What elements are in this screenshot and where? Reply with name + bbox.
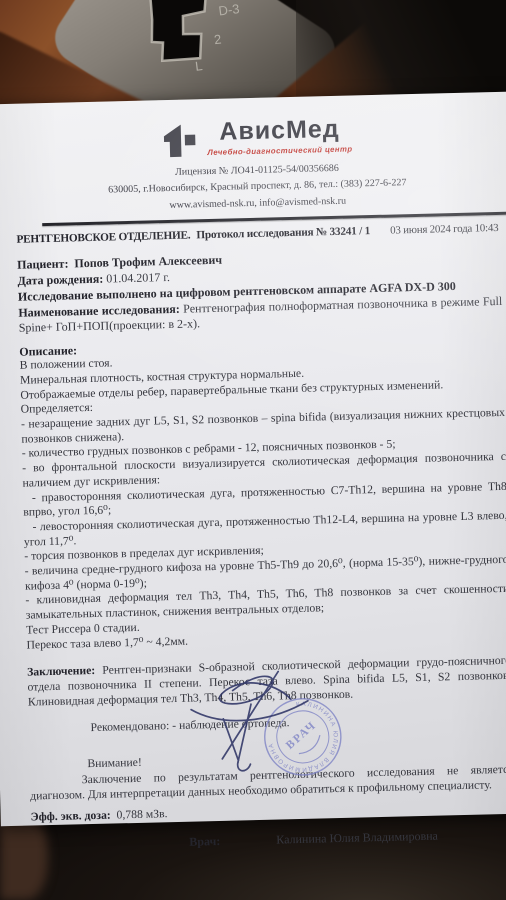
birth-date-label: Дата рождения: <box>17 271 103 287</box>
gear-label-2: 2 <box>213 32 222 48</box>
gear-label-l: L <box>194 58 203 74</box>
dose-value: 0,788 мЗв. <box>116 807 167 821</box>
protocol-number: Протокол исследования № 33241 / 1 <box>196 224 370 243</box>
dose-label: Эфф. экв. доза: <box>31 809 111 824</box>
birth-date-value: 01.04.2017 г. <box>106 270 170 286</box>
clinic-logo: АвисМед Лечебно-диагностический центр <box>14 112 499 166</box>
xray-report-document: АвисМед Лечебно-диагностический центр Ли… <box>0 92 506 827</box>
gear-gate-slot <box>146 0 214 64</box>
department-title: РЕНТГЕНОВСКОЕ ОТДЕЛЕНИЕ. <box>16 228 190 247</box>
patient-label: Пациент: <box>17 256 69 271</box>
signature-and-stamp: КАЛИНИНА ЮЛИЯ ВЛАДИМИРОВНА ВРАЧ <box>162 655 458 897</box>
patient-name: Попов Трофим Алексеевич <box>74 252 222 270</box>
clinic-header: АвисМед Лечебно-диагностический центр Ли… <box>14 112 500 218</box>
gear-label-d3: D-3 <box>218 1 241 18</box>
photo-scene: D-3 2 L АвисМед Лечебно-диагностический … <box>0 0 506 900</box>
conclusion-label: Заключение: <box>27 664 95 679</box>
medical-cross-logo-icon <box>160 122 199 159</box>
clinic-tagline: Лечебно-диагностический центр <box>207 143 352 161</box>
gear-shift-gate: D-3 2 L <box>125 0 285 107</box>
protocol-datetime: 03 июня 2024 года 10:43 <box>390 221 501 238</box>
clinic-name: АвисМед <box>219 116 340 145</box>
patient-block: Пациент: Попов Трофим Алексеевич Дата ро… <box>17 245 503 335</box>
handwritten-signature <box>190 671 309 772</box>
